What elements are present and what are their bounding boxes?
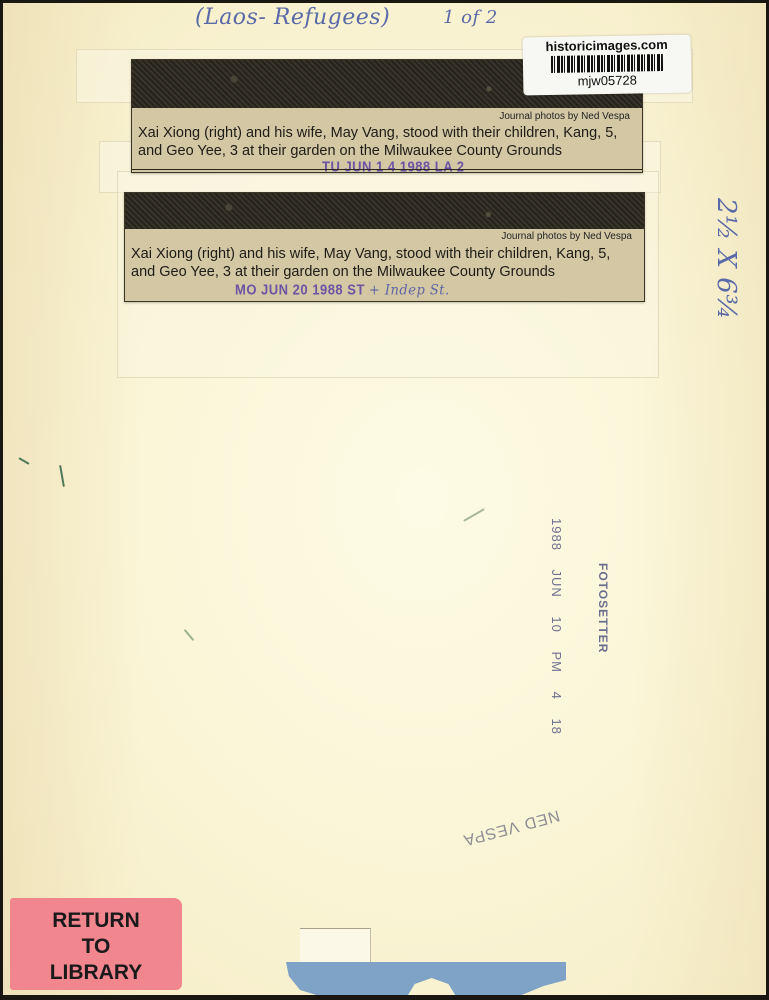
date-stamp: MO JUN 20 1988 ST+ Indep St. [235,281,450,299]
photo-edge-sky [286,962,566,995]
return-label-line: LIBRARY [10,960,182,986]
ink-speck [18,457,29,465]
photo-caption: Xai Xiong (right) and his wife, May Vang… [138,124,634,160]
barcode-id: mjw05728 [523,72,691,90]
received-date-stamp: 1988 JUN 10 PM 4 18 [549,518,564,735]
newspaper-clipping-2: Journal photos by Ned Vespa Xai Xiong (r… [124,192,645,302]
torn-paper-fragment [300,928,371,963]
photo-credit: Journal photos by Ned Vespa [499,111,630,122]
handwritten-page-count: 1 of 2 [443,7,498,28]
ink-speck [463,508,485,522]
ink-speck [59,465,65,487]
clipping-photo-strip [125,193,644,229]
date-stamp-text: MO JUN 20 1988 ST [235,281,365,298]
fotosetter-stamp: FOTOSETTER [596,563,610,653]
return-to-library-label: RETURN TO LIBRARY [10,898,182,990]
ink-speck [184,629,195,641]
barcode-site: historicimages.com [523,37,691,55]
handwritten-note: + Indep St. [369,282,450,299]
photo-caption: Xai Xiong (right) and his wife, May Vang… [131,245,636,281]
return-label-line: RETURN [10,908,182,934]
return-label-line: TO [10,934,182,960]
handwritten-crop-size: 2½ X 6¾ [711,198,741,320]
divider [132,169,642,170]
handwritten-title: (Laos- Refugees) [195,5,390,30]
photographer-stamp: NED VESPA [451,803,572,851]
photo-credit: Journal photos by Ned Vespa [501,231,632,242]
barcode-icon [551,54,663,73]
barcode-label: historicimages.com mjw05728 [523,35,692,96]
photo-back-sheet: (Laos- Refugees) 1 of 2 historicimages.c… [3,3,766,995]
date-stamp: TU JUN 1 4 1988 LA 2 [322,158,464,175]
